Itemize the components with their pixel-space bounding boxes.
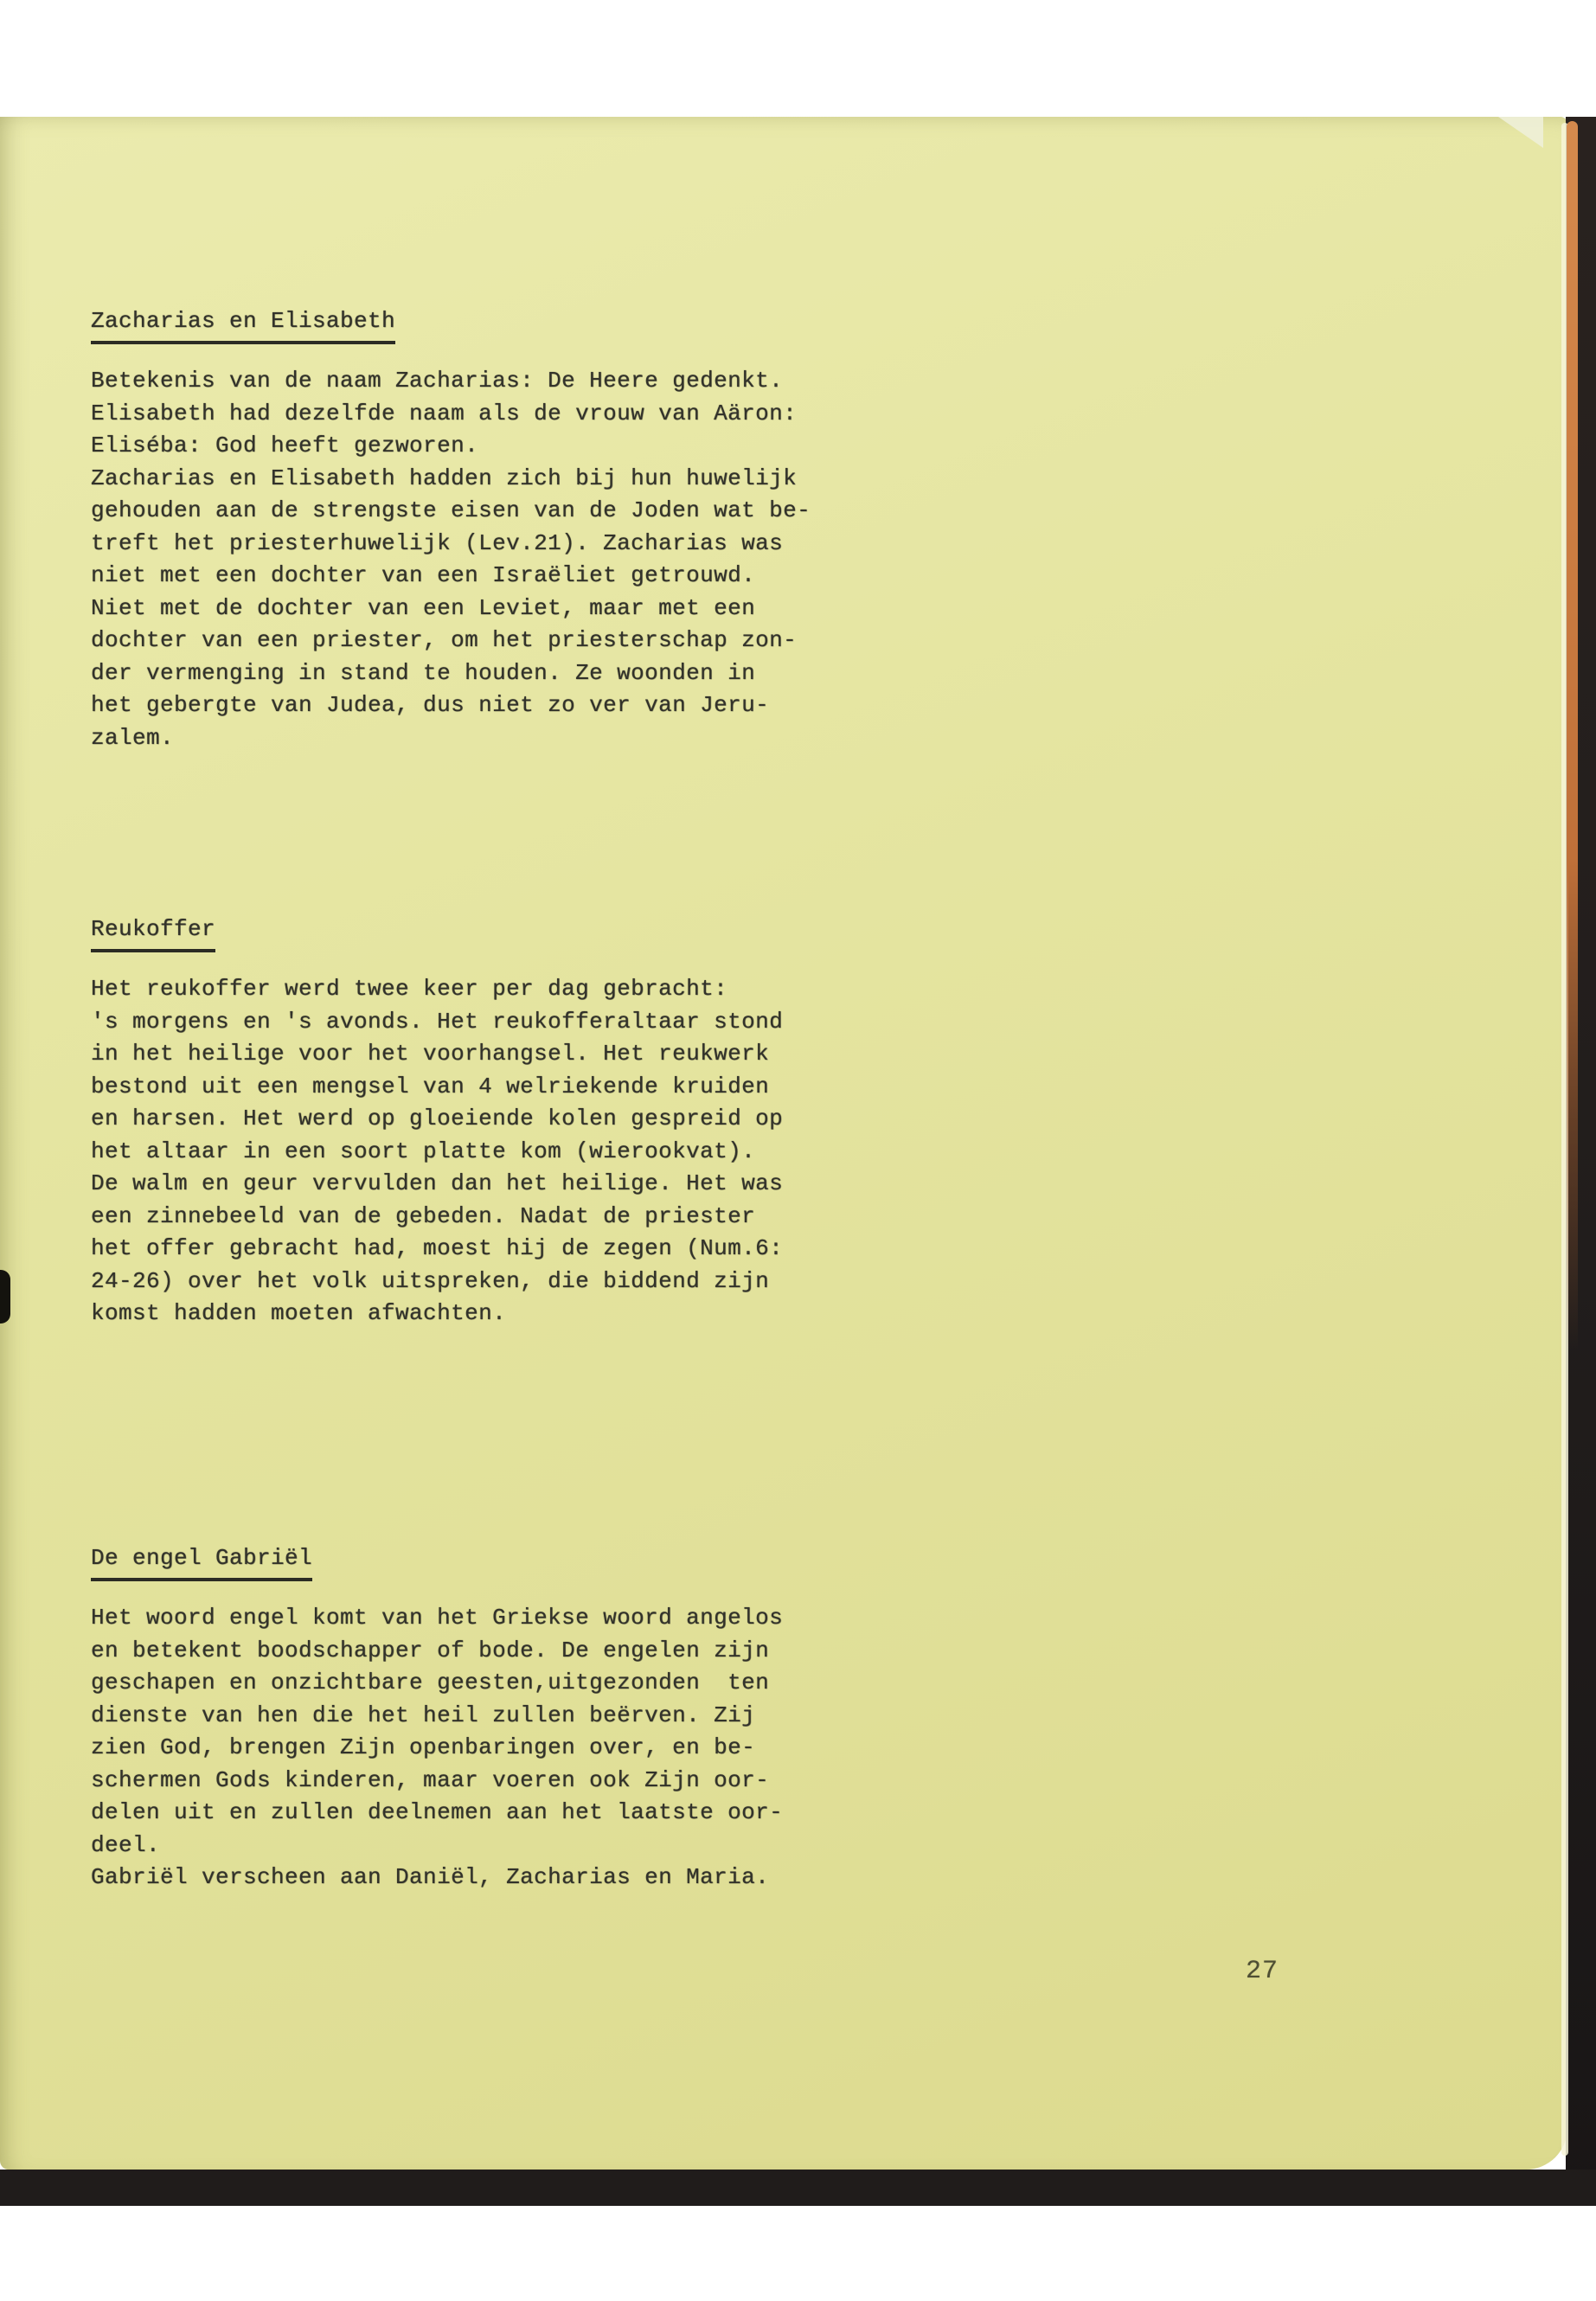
book-page: Zacharias en Elisabeth Betekenis van de …	[0, 117, 1567, 2170]
text-line: schermen Gods kinderen, maar voeren ook …	[91, 1765, 783, 1798]
text-line: dochter van een priester, om het prieste…	[91, 625, 811, 657]
section-heading-text: De engel Gabriël	[91, 1541, 312, 1581]
left-edge-artifact	[0, 1270, 10, 1324]
text-line: dienste van hen die het heil zullen beër…	[91, 1700, 783, 1733]
section-heading: Zacharias en Elisabeth	[91, 304, 811, 344]
text-line: en betekent boodschapper of bode. De eng…	[91, 1635, 783, 1668]
adjacent-page-orange-edge	[1567, 121, 1578, 1349]
book-backing-bottom	[0, 2170, 1596, 2206]
text-line: treft het priesterhuwelijk (Lev.21). Zac…	[91, 528, 811, 561]
section-zacharias-en-elisabeth: Zacharias en Elisabeth Betekenis van de …	[91, 304, 811, 754]
text-line: zalem.	[91, 722, 811, 755]
section-heading-text: Zacharias en Elisabeth	[91, 304, 395, 344]
text-line: het gebergte van Judea, dus niet zo ver …	[91, 689, 811, 722]
text-line: het altaar in een soort platte kom (wier…	[91, 1136, 783, 1169]
text-line: in het heilige voor het voorhangsel. Het…	[91, 1038, 783, 1071]
text-line: geschapen en onzichtbare geesten,uitgezo…	[91, 1667, 783, 1700]
text-line: Het reukoffer werd twee keer per dag geb…	[91, 973, 783, 1006]
section-reukoffer: Reukoffer Het reukoffer werd twee keer p…	[91, 913, 783, 1330]
section-body: Het woord engel komt van het Griekse woo…	[91, 1602, 783, 1894]
scanned-document-photo: Zacharias en Elisabeth Betekenis van de …	[0, 0, 1596, 2301]
text-line: Betekenis van de naam Zacharias: De Heer…	[91, 365, 811, 398]
text-line: niet met een dochter van een Israëliet g…	[91, 560, 811, 593]
text-line: zien God, brengen Zijn openbaringen over…	[91, 1732, 783, 1765]
section-heading-text: Reukoffer	[91, 913, 215, 952]
page-number: 27	[1246, 1957, 1279, 1986]
text-line: 's morgens en 's avonds. Het reukofferal…	[91, 1006, 783, 1039]
text-line: Zacharias en Elisabeth hadden zich bij h…	[91, 463, 811, 496]
text-line: Gabriël verscheen aan Daniël, Zacharias …	[91, 1862, 783, 1894]
text-line: het offer gebracht had, moest hij de zeg…	[91, 1233, 783, 1266]
text-line: De walm en geur vervulden dan het heilig…	[91, 1168, 783, 1201]
text-line: delen uit en zullen deelnemen aan het la…	[91, 1797, 783, 1830]
text-line: komst hadden moeten afwachten.	[91, 1298, 783, 1330]
section-heading: Reukoffer	[91, 913, 783, 952]
section-heading: De engel Gabriël	[91, 1541, 783, 1581]
text-line: deel.	[91, 1830, 783, 1862]
section-body: Het reukoffer werd twee keer per dag geb…	[91, 973, 783, 1330]
text-line: Niet met de dochter van een Leviet, maar…	[91, 593, 811, 625]
text-line: 24-26) over het volk uitspreken, die bid…	[91, 1266, 783, 1298]
text-line: bestond uit een mengsel van 4 welriekend…	[91, 1071, 783, 1104]
text-line: Het woord engel komt van het Griekse woo…	[91, 1602, 783, 1635]
text-line: Elisabeth had dezelfde naam als de vrouw…	[91, 398, 811, 431]
text-line: der vermenging in stand te houden. Ze wo…	[91, 657, 811, 690]
section-body: Betekenis van de naam Zacharias: De Heer…	[91, 365, 811, 754]
text-line: een zinnebeeld van de gebeden. Nadat de …	[91, 1201, 783, 1234]
text-line: en harsen. Het werd op gloeiende kolen g…	[91, 1103, 783, 1136]
section-de-engel-gabriel: De engel Gabriël Het woord engel komt va…	[91, 1541, 783, 1894]
text-line: Eliséba: God heeft gezworen.	[91, 430, 811, 463]
text-line: gehouden aan de strengste eisen van de J…	[91, 495, 811, 528]
page-corner-wedge	[1498, 117, 1543, 148]
